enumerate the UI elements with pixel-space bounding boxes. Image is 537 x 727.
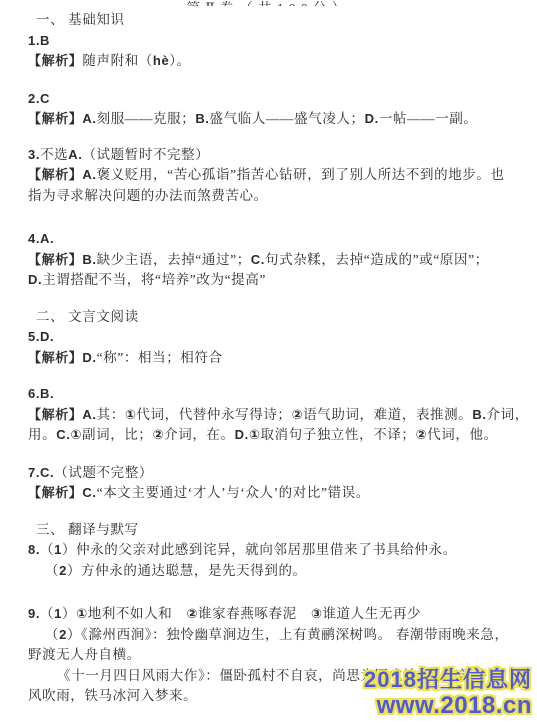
text-line: D.主谓搭配不当，将“培养”改为“提高” (0, 270, 537, 291)
paragraph-gap (0, 291, 537, 307)
text-line: 6.B. (0, 384, 537, 405)
text-line: 3.不选A.（试题暂时不完整） (0, 145, 537, 166)
text-line: 9.（1）①地利不如人和 ②谁家春燕啄春泥 ③谁道人生无再少 (0, 604, 537, 625)
paragraph-gap (0, 446, 537, 463)
text-line: 5.D. (0, 327, 537, 348)
text-line: 野渡无人舟自横。 (0, 645, 537, 666)
page-header-cropped: 第Ⅱ卷（共100分） (0, 0, 537, 6)
page-header-text: 第Ⅱ卷（共100分） (186, 0, 351, 6)
text-line: 二、 文言文阅读 (0, 307, 537, 328)
text-line: 三、 翻译与默写 (0, 520, 537, 541)
paragraph-gap (0, 72, 537, 89)
text-line: 用。C.①副词，比；②介词，在。D.①取消句子独立性，不译；②代词，他。 (0, 425, 537, 446)
text-line: 【解析】A.刻服——克服；B.盛气临人——盛气凌人；D.一帖——一副。 (0, 109, 537, 130)
text-line: 指为寻求解决问题的办法而煞费苦心。 (0, 186, 537, 207)
text-line: 【解析】D.“称”：相当；相符合 (0, 348, 537, 369)
text-line: 【解析】B.缺少主语，去掉“通过”；C.句式杂糅，去掉“造成的”或“原因”； (0, 250, 537, 271)
text-line: 7.C.（试题不完整） (0, 463, 537, 484)
text-line: 《十一月四日风雨大作》：僵卧孤村不自哀，尚思为国戍轮台。夜阑卧听 (0, 666, 537, 687)
answer-key-document: 一、 基础知识1.B【解析】随声附和（hè）。2.C【解析】A.刻服——克服；B… (0, 10, 537, 707)
paragraph-gap (0, 368, 537, 384)
text-line: 4.A. (0, 229, 537, 250)
text-line: （2）《滁州西涧》：独怜幽草涧边生，上有黄鹂深树鸣。 春潮带雨晚来急， (0, 625, 537, 646)
text-line: 2.C (0, 89, 537, 110)
text-line: 【解析】随声附和（hè）。 (0, 51, 537, 72)
text-line: 1.B (0, 31, 537, 52)
text-line: 风吹雨，铁马冰河入梦来。 (0, 686, 537, 707)
text-line: （2）方仲永的通达聪慧，是先天得到的。 (0, 561, 537, 582)
text-line: 【解析】A.褒义贬用，“苦心孤诣”指苦心钻研，到了别人所达不到的地步。也 (0, 165, 537, 186)
text-line: 【解析】A.其：①代词，代替仲永写得诗；②语气助词，难道，表推测。B.介词， (0, 405, 537, 426)
text-line: 一、 基础知识 (0, 10, 537, 31)
paragraph-gap (0, 206, 537, 229)
paragraph-gap (0, 130, 537, 145)
text-line: 8.（1）仲永的父亲对此感到诧异，就向邻居那里借来了书具给仲永。 (0, 540, 537, 561)
paragraph-gap (0, 581, 537, 604)
text-line: 【解析】C.“本文主要通过‘才人’与‘众人’的对比”错误。 (0, 483, 537, 504)
paragraph-gap (0, 504, 537, 520)
